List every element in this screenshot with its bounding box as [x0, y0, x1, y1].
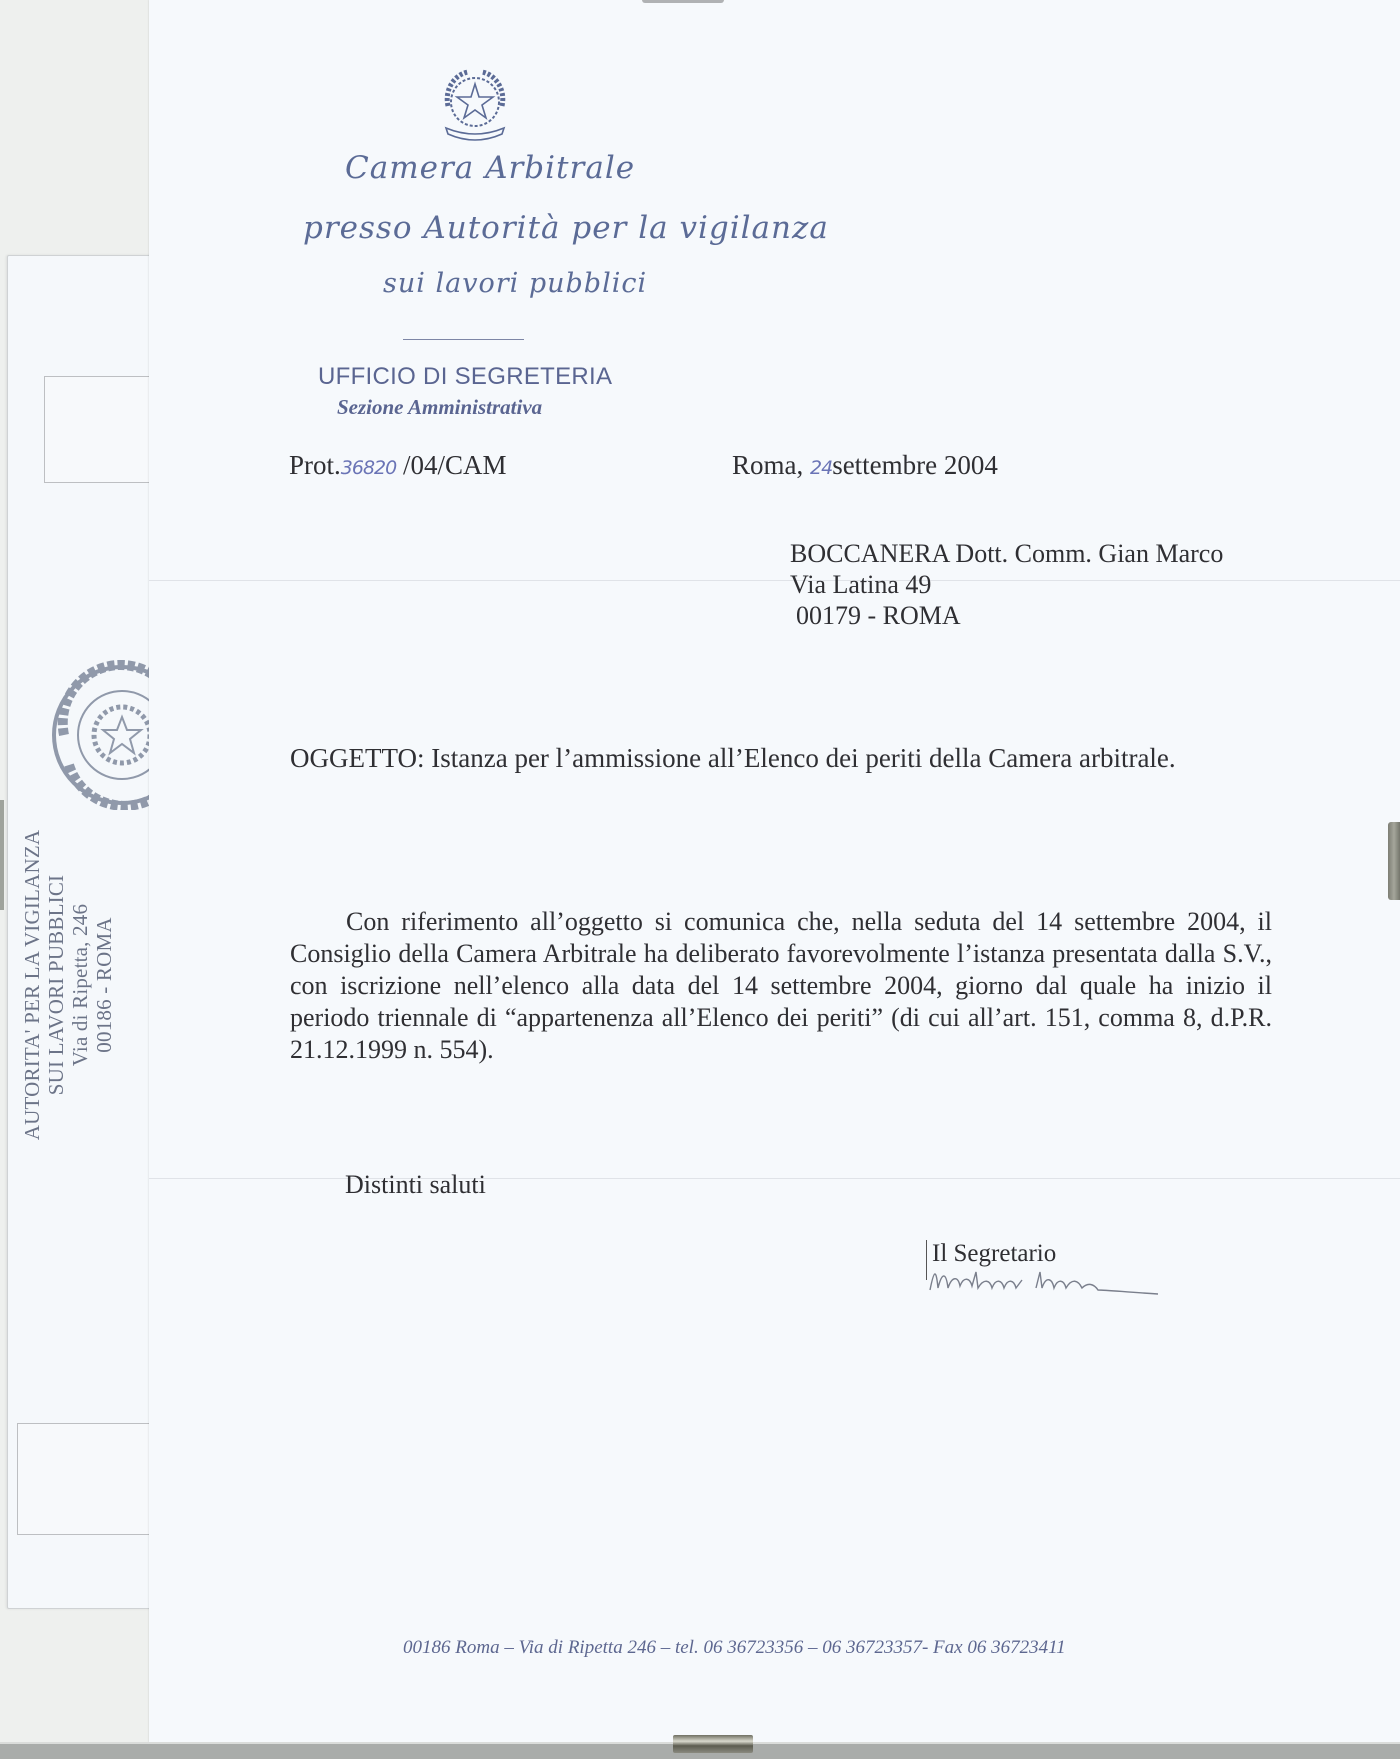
letterhead-line: presso Autorità per la vigilanza [303, 210, 829, 246]
binder-clip-left [0, 800, 4, 910]
office-title: UFFICIO DI SEGRETERIA [318, 363, 612, 391]
letter-sheet [149, 0, 1400, 1742]
protocol-suffix: /04/CAM [396, 450, 506, 480]
envelope-return-address: AUTORITA' PER LA VIGILANZA SUI LAVORI PU… [20, 820, 170, 1150]
subject-line: OGGETTO: Istanza per l’ammissione all’El… [290, 743, 1176, 774]
date-prefix: Roma, [732, 450, 810, 480]
protocol-reference: Prot.36820 /04/CAM [289, 450, 507, 481]
binder-clip-right [1388, 822, 1400, 900]
binder-clip-top [642, 0, 724, 3]
binder-clip-bottom [673, 1735, 753, 1753]
letterhead-line: Camera Arbitrale [345, 150, 635, 186]
letter-body: Con riferimento all’oggetto si comunica … [290, 906, 1272, 1066]
letterhead-separator [403, 339, 524, 340]
return-address-line: 00186 - ROMA [92, 820, 116, 1150]
letterhead-line: sui lavori pubblici [383, 268, 647, 299]
handwritten-signature-icon [926, 1250, 1166, 1300]
return-address-line: SUI LAVORI PUBBLICI [44, 820, 68, 1150]
addressee-name: BOCCANERA Dott. Comm. Gian Marco [790, 538, 1223, 569]
addressee-city: 00179 - ROMA [790, 600, 1223, 631]
date-suffix: settembre 2004 [832, 450, 998, 480]
return-address-line: AUTORITA' PER LA VIGILANZA [20, 820, 44, 1150]
letter-date: Roma, 24settembre 2004 [732, 450, 998, 481]
return-address-line: Via di Ripetta, 246 [68, 820, 92, 1150]
addressee-block: BOCCANERA Dott. Comm. Gian Marco Via Lat… [790, 538, 1223, 631]
office-subtitle: Sezione Amministrativa [337, 395, 542, 420]
protocol-handwritten-number: 36820 [341, 457, 396, 479]
addressee-street: Via Latina 49 [790, 569, 1223, 600]
date-handwritten-day: 24 [810, 457, 832, 479]
protocol-prefix: Prot. [289, 450, 341, 480]
closing: Distinti saluti [345, 1170, 486, 1200]
letter-footer: 00186 Roma – Via di Ripetta 246 – tel. 0… [403, 1637, 1066, 1659]
italian-republic-emblem-icon [438, 66, 512, 146]
fold-line [149, 1178, 1400, 1179]
